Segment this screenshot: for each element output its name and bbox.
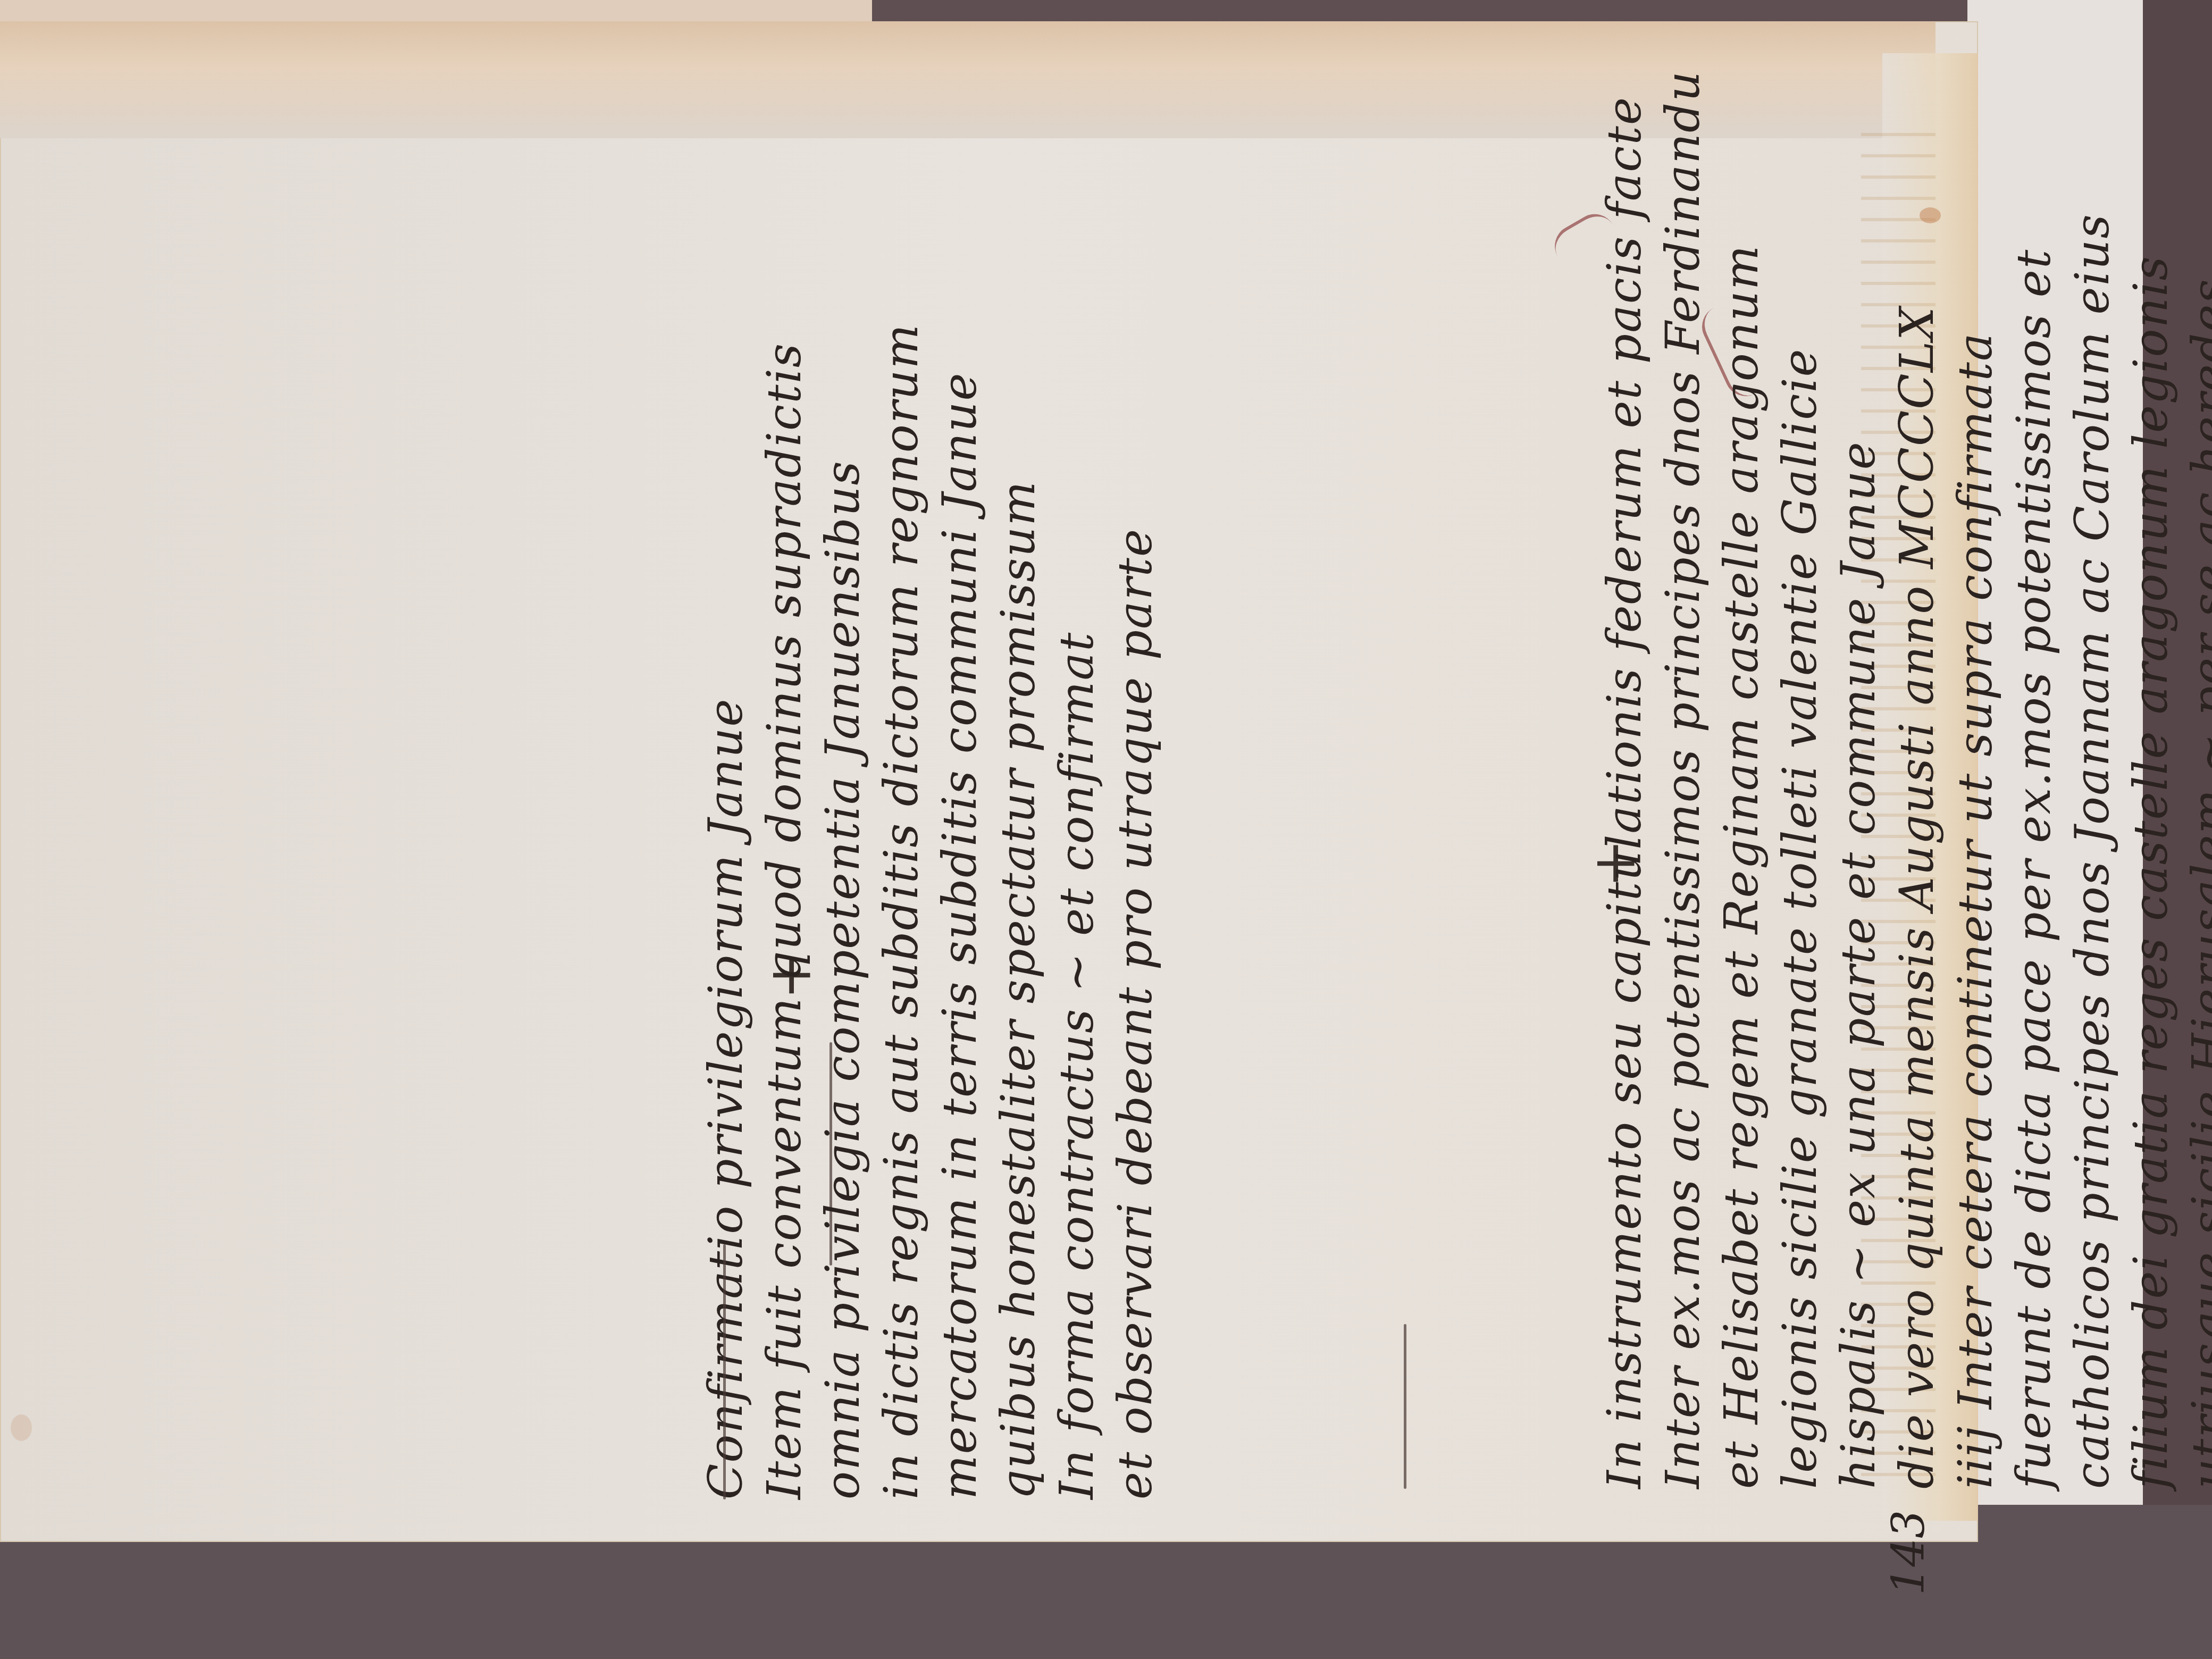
block1-line: iiij Inter cetera continetur ut supra co… xyxy=(1946,70,2005,1489)
block2-line: Confirmatio privilegiorum Janue xyxy=(697,323,755,1499)
text-block-2-lines: Confirmatio privilegiorum Janue Item fui… xyxy=(697,323,1164,1499)
block1-line: die vero quinta mensis Augusti anno MCCC… xyxy=(1888,70,1946,1489)
block1-line: fuerunt de dicta pace per ex.mos potenti… xyxy=(2005,70,2063,1489)
block2-line: Item fuit conventum quod dominus supradi… xyxy=(755,323,814,1499)
block2-line: In forma contractus ~ et confirmat xyxy=(1048,323,1106,1499)
block1-line: utriusque sicilie Hierusalem ~ per se ac… xyxy=(2180,70,2212,1489)
block2-line: quibus honestaliter spectatur promissum xyxy=(989,323,1048,1499)
block1-line: legionis sicilie granate tolleti valenti… xyxy=(1771,70,1829,1489)
block1-line: catholicos principes dnos Joannam ac Car… xyxy=(2063,70,2122,1489)
block2-line: in dictis regnis aut subditis dictorum r… xyxy=(872,323,931,1499)
block1-line: In instrumento seu capitulationis federu… xyxy=(1595,70,1654,1489)
folio-number: 143 xyxy=(1882,1510,1934,1595)
block2-line: mercatorum in terris subditis communi Ja… xyxy=(931,323,989,1499)
block2-line: et observari debeant pro utraque parte xyxy=(1106,323,1164,1499)
stain xyxy=(11,1414,32,1441)
line-end-flourish xyxy=(723,1244,726,1499)
block1-line: Inter ex.mos ac potentissimos principes … xyxy=(1654,70,1712,1489)
block1-line: et Helisabet regem et Reginam castelle a… xyxy=(1712,70,1771,1489)
text-block-1-lines: In instrumento seu capitulationis federu… xyxy=(1595,70,2212,1489)
block2-line: omnia privilegia competentia Januensibus xyxy=(814,323,872,1499)
block1-line: filium dei gratia reges castelle aragonu… xyxy=(2122,70,2180,1489)
block1-line: hispalis ~ ex una parte et commune Janue xyxy=(1829,70,1888,1489)
line-end-flourish xyxy=(1404,1324,1406,1489)
